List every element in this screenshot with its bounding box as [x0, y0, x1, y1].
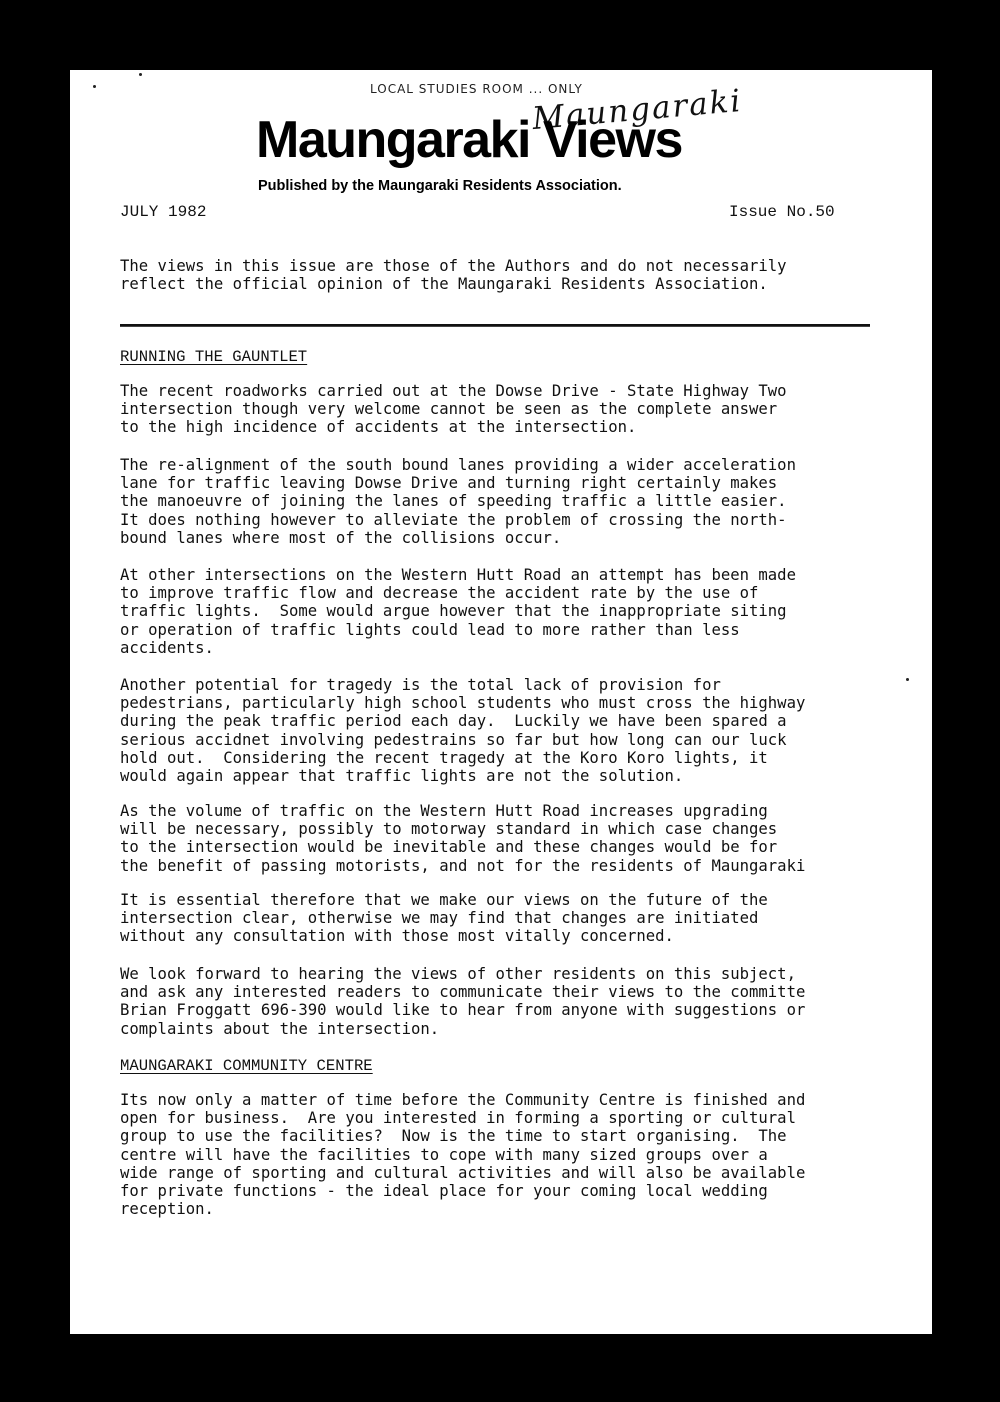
masthead-title: Maungaraki Views [256, 110, 682, 170]
disclaimer: The views in this issue are those of the… [120, 257, 880, 293]
paragraph: It is essential therefore that we make o… [120, 891, 880, 946]
issue-number: Issue No.50 [729, 203, 835, 221]
scan-speck [906, 678, 909, 681]
paragraph: The re-alignment of the south bound lane… [120, 456, 880, 547]
library-stamp: LOCAL STUDIES ROOM ... ONLY [370, 82, 583, 96]
scan-speck [139, 73, 142, 76]
paragraph: At other intersections on the Western Hu… [120, 566, 880, 657]
section-heading-community-centre: MAUNGARAKI COMMUNITY CENTRE [120, 1057, 373, 1075]
issue-date: JULY 1982 [120, 203, 206, 221]
paragraph: As the volume of traffic on the Western … [120, 802, 880, 875]
scan-speck [93, 85, 96, 88]
publisher-line: Published by the Maungaraki Residents As… [258, 178, 622, 194]
paragraph: Another potential for tragedy is the tot… [120, 676, 880, 785]
paragraph: The recent roadworks carried out at the … [120, 382, 880, 437]
paragraph: Its now only a matter of time before the… [120, 1091, 880, 1218]
newsletter-page: LOCAL STUDIES ROOM ... ONLY Maungaraki M… [70, 70, 932, 1334]
divider-rule [120, 324, 870, 327]
paragraph: We look forward to hearing the views of … [120, 965, 880, 1038]
section-heading-running-the-gauntlet: RUNNING THE GAUNTLET [120, 348, 307, 366]
